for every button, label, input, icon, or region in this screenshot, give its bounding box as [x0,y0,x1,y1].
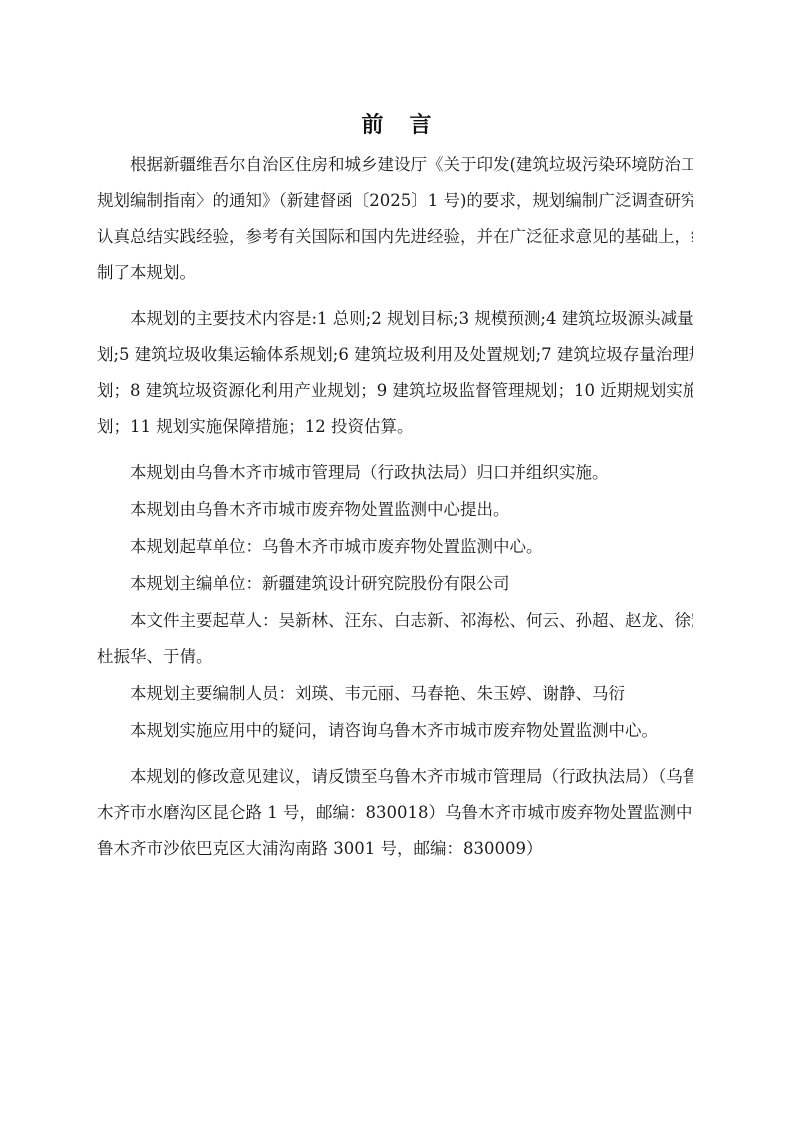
text-line: 制了本规划。 [97,260,693,296]
text-line: 根据新疆维吾尔自治区住房和城乡建设厅《关于印发(建筑垃圾污染环境防治工作 [97,152,693,188]
text-line: 本规划的修改意见建议，请反馈至乌鲁木齐市城市管理局（行政执法局）（乌鲁 [97,764,693,800]
text-line: 本规划由乌鲁木齐市城市管理局（行政执法局）归口并组织实施。 [97,460,693,496]
paragraph-proposer: 本规划由乌鲁木齐市城市废弃物处置监测中心提出。 [97,497,693,533]
text-line: 本规划的主要技术内容是:1 总则;2 规划目标;3 规模预测;4 建筑垃圾源头减… [97,306,693,342]
text-line: 本规划实施应用中的疑问，请咨询乌鲁木齐市城市废弃物处置监测中心。 [97,718,693,754]
title-char-2: 言 [410,108,432,139]
title-char-1: 前 [361,108,383,139]
paragraph-basis: 根据新疆维吾尔自治区住房和城乡建设厅《关于印发(建筑垃圾污染环境防治工作 规划编… [97,152,693,296]
page-title: 前言 [0,108,793,139]
text-line: 杜振华、于倩。 [97,644,693,680]
text-line: 划;5 建筑垃圾收集运输体系规划;6 建筑垃圾利用及处置规划;7 建筑垃圾存量治… [97,342,693,378]
text-line: 本文件主要起草人：吴新林、汪东、白志新、祁海松、何云、孙超、赵龙、徐辉、 [97,608,693,644]
paragraph-feedback: 本规划的修改意见建议，请反馈至乌鲁木齐市城市管理局（行政执法局）（乌鲁 木齐市水… [97,764,693,872]
paragraph-drafters: 本文件主要起草人：吴新林、汪东、白志新、祁海松、何云、孙超、赵龙、徐辉、 杜振华… [97,608,693,680]
text-line: 本规划主编单位：新疆建筑设计研究院股份有限公司 [97,571,693,607]
paragraph-inquiries: 本规划实施应用中的疑问，请咨询乌鲁木齐市城市废弃物处置监测中心。 [97,718,693,754]
text-line: 鲁木齐市沙依巴克区大浦沟南路 3001 号，邮编：830009） [97,836,693,872]
paragraph-editors: 本规划主要编制人员：刘瑛、韦元丽、马春艳、朱玉婷、谢静、马衍 [97,681,693,717]
text-line: 规划编制指南〉的通知》（新建督函〔2025〕1 号)的要求，规划编制广泛调查研究… [97,188,693,224]
document-page: 前言 根据新疆维吾尔自治区住房和城乡建设厅《关于印发(建筑垃圾污染环境防治工作 … [0,0,793,1122]
text-line: 木齐市水磨沟区昆仑路 1 号，邮编：830018）乌鲁木齐市城市废弃物处置监测中… [97,800,693,836]
text-line: 认真总结实践经验，参考有关国际和国内先进经验，并在广泛征求意见的基础上，编 [97,224,693,260]
text-line: 本规划起草单位：乌鲁木齐市城市废弃物处置监测中心。 [97,534,693,570]
paragraph-drafting-unit: 本规划起草单位：乌鲁木齐市城市废弃物处置监测中心。 [97,534,693,570]
document-body: 根据新疆维吾尔自治区住房和城乡建设厅《关于印发(建筑垃圾污染环境防治工作 规划编… [97,152,693,873]
text-line: 划；11 规划实施保障措施；12 投资估算。 [97,414,693,450]
text-line: 本规划由乌鲁木齐市城市废弃物处置监测中心提出。 [97,497,693,533]
text-line: 本规划主要编制人员：刘瑛、韦元丽、马春艳、朱玉婷、谢静、马衍 [97,681,693,717]
paragraph-administration: 本规划由乌鲁木齐市城市管理局（行政执法局）归口并组织实施。 [97,460,693,496]
paragraph-chief-editor-unit: 本规划主编单位：新疆建筑设计研究院股份有限公司 [97,571,693,607]
text-line: 划；8 建筑垃圾资源化利用产业规划；9 建筑垃圾监督管理规划；10 近期规划实施… [97,378,693,414]
paragraph-technical-content: 本规划的主要技术内容是:1 总则;2 规划目标;3 规模预测;4 建筑垃圾源头减… [97,306,693,450]
